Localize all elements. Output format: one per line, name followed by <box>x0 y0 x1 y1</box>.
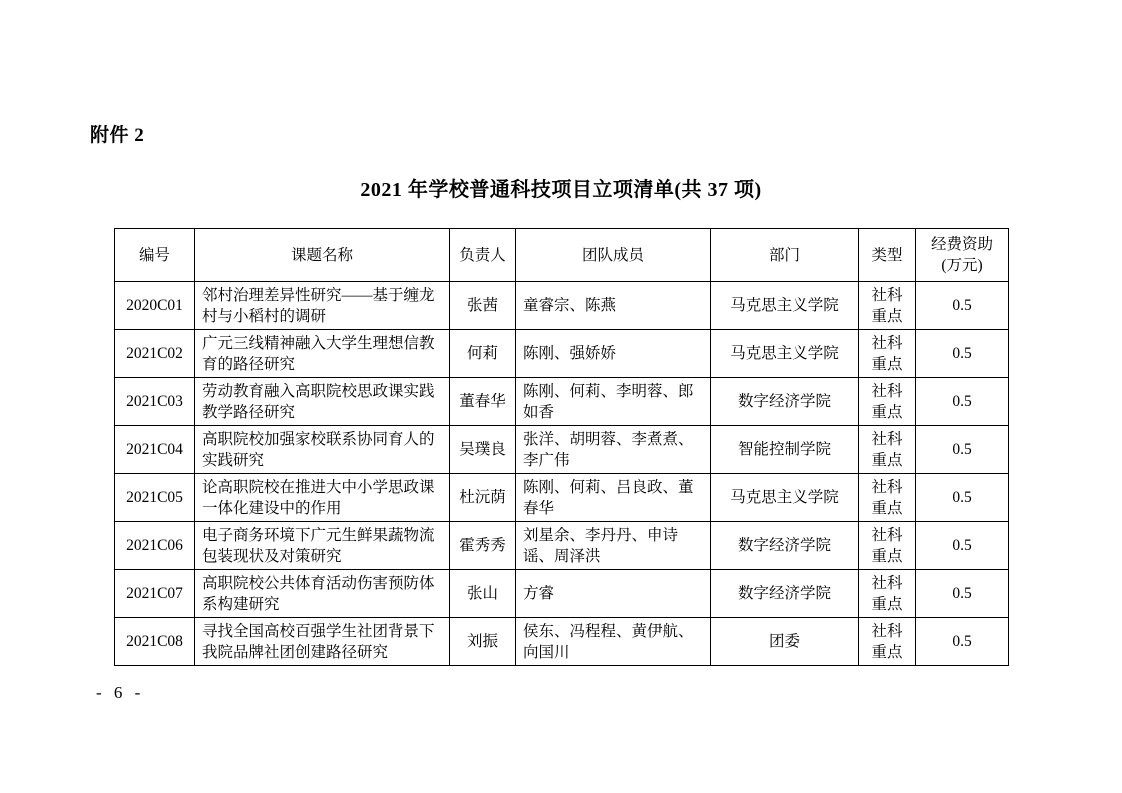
cell-department: 马克思主义学院 <box>711 282 859 330</box>
document-title: 2021 年学校普通科技项目立项清单(共 37 项) <box>0 173 1122 202</box>
cell-leader: 霍秀秀 <box>450 522 516 570</box>
cell-type: 社科 重点 <box>859 522 916 570</box>
cell-department: 数字经济学院 <box>711 522 859 570</box>
cell-title: 广元三线精神融入大学生理想信教育的路径研究 <box>195 330 450 378</box>
cell-department: 数字经济学院 <box>711 570 859 618</box>
header-cell-type: 类型 <box>859 229 916 282</box>
cell-funding: 0.5 <box>916 426 1009 474</box>
table-row: 2021C08 寻找全国高校百强学生社团背景下我院品牌社团创建路径研究 刘振 侯… <box>115 618 1009 666</box>
document-page: 附件 2 2021 年学校普通科技项目立项清单(共 37 项) 编号 课题名称 … <box>0 0 1122 793</box>
cell-leader: 张茜 <box>450 282 516 330</box>
cell-department: 团委 <box>711 618 859 666</box>
cell-type: 社科 重点 <box>859 330 916 378</box>
cell-type: 社科 重点 <box>859 618 916 666</box>
cell-code: 2021C04 <box>115 426 195 474</box>
cell-department: 智能控制学院 <box>711 426 859 474</box>
cell-leader: 吴璞良 <box>450 426 516 474</box>
cell-team: 刘星余、李丹丹、申诗谣、周泽洪 <box>516 522 711 570</box>
cell-title: 电子商务环境下广元生鲜果蔬物流包装现状及对策研究 <box>195 522 450 570</box>
table-row: 2021C02 广元三线精神融入大学生理想信教育的路径研究 何莉 陈刚、强娇娇 … <box>115 330 1009 378</box>
cell-team: 张洋、胡明蓉、李煮煮、李广伟 <box>516 426 711 474</box>
projects-table: 编号 课题名称 负责人 团队成员 部门 类型 经费资助 (万元) 2020C01… <box>114 228 1009 666</box>
table-row: 2021C06 电子商务环境下广元生鲜果蔬物流包装现状及对策研究 霍秀秀 刘星余… <box>115 522 1009 570</box>
cell-title: 劳动教育融入高职院校思政课实践教学路径研究 <box>195 378 450 426</box>
cell-leader: 张山 <box>450 570 516 618</box>
cell-funding: 0.5 <box>916 330 1009 378</box>
header-cell-leader: 负责人 <box>450 229 516 282</box>
cell-team: 陈刚、何莉、吕良政、董春华 <box>516 474 711 522</box>
cell-funding: 0.5 <box>916 282 1009 330</box>
cell-team: 童睿宗、陈燕 <box>516 282 711 330</box>
table-header-row: 编号 课题名称 负责人 团队成员 部门 类型 经费资助 (万元) <box>115 229 1009 282</box>
cell-funding: 0.5 <box>916 378 1009 426</box>
cell-code: 2020C01 <box>115 282 195 330</box>
cell-title: 论高职院校在推进大中小学思政课一体化建设中的作用 <box>195 474 450 522</box>
cell-type: 社科 重点 <box>859 570 916 618</box>
cell-title: 高职院校加强家校联系协同育人的实践研究 <box>195 426 450 474</box>
cell-leader: 董春华 <box>450 378 516 426</box>
cell-type: 社科 重点 <box>859 426 916 474</box>
cell-team: 方睿 <box>516 570 711 618</box>
cell-code: 2021C03 <box>115 378 195 426</box>
table-row: 2021C04 高职院校加强家校联系协同育人的实践研究 吴璞良 张洋、胡明蓉、李… <box>115 426 1009 474</box>
cell-department: 数字经济学院 <box>711 378 859 426</box>
attachment-label: 附件 2 <box>90 120 144 147</box>
cell-leader: 刘振 <box>450 618 516 666</box>
cell-code: 2021C05 <box>115 474 195 522</box>
cell-type: 社科 重点 <box>859 378 916 426</box>
table-row: 2020C01 邻村治理差异性研究——基于缠龙村与小稻村的调研 张茜 童睿宗、陈… <box>115 282 1009 330</box>
cell-leader: 何莉 <box>450 330 516 378</box>
cell-team: 陈刚、何莉、李明蓉、郎如香 <box>516 378 711 426</box>
cell-code: 2021C07 <box>115 570 195 618</box>
page-number: - 6 - <box>96 683 144 703</box>
header-cell-title: 课题名称 <box>195 229 450 282</box>
cell-funding: 0.5 <box>916 474 1009 522</box>
cell-team: 陈刚、强娇娇 <box>516 330 711 378</box>
table-row: 2021C07 高职院校公共体育活动伤害预防体系构建研究 张山 方睿 数字经济学… <box>115 570 1009 618</box>
cell-funding: 0.5 <box>916 522 1009 570</box>
header-cell-code: 编号 <box>115 229 195 282</box>
header-cell-funding: 经费资助 (万元) <box>916 229 1009 282</box>
header-cell-department: 部门 <box>711 229 859 282</box>
cell-funding: 0.5 <box>916 570 1009 618</box>
cell-department: 马克思主义学院 <box>711 474 859 522</box>
cell-type: 社科 重点 <box>859 474 916 522</box>
header-cell-team: 团队成员 <box>516 229 711 282</box>
cell-title: 寻找全国高校百强学生社团背景下我院品牌社团创建路径研究 <box>195 618 450 666</box>
cell-code: 2021C06 <box>115 522 195 570</box>
cell-type: 社科 重点 <box>859 282 916 330</box>
cell-title: 高职院校公共体育活动伤害预防体系构建研究 <box>195 570 450 618</box>
cell-title: 邻村治理差异性研究——基于缠龙村与小稻村的调研 <box>195 282 450 330</box>
cell-leader: 杜沅荫 <box>450 474 516 522</box>
cell-code: 2021C08 <box>115 618 195 666</box>
table-row: 2021C05 论高职院校在推进大中小学思政课一体化建设中的作用 杜沅荫 陈刚、… <box>115 474 1009 522</box>
cell-team: 侯东、冯程程、黄伊航、向国川 <box>516 618 711 666</box>
table-row: 2021C03 劳动教育融入高职院校思政课实践教学路径研究 董春华 陈刚、何莉、… <box>115 378 1009 426</box>
cell-code: 2021C02 <box>115 330 195 378</box>
cell-funding: 0.5 <box>916 618 1009 666</box>
cell-department: 马克思主义学院 <box>711 330 859 378</box>
